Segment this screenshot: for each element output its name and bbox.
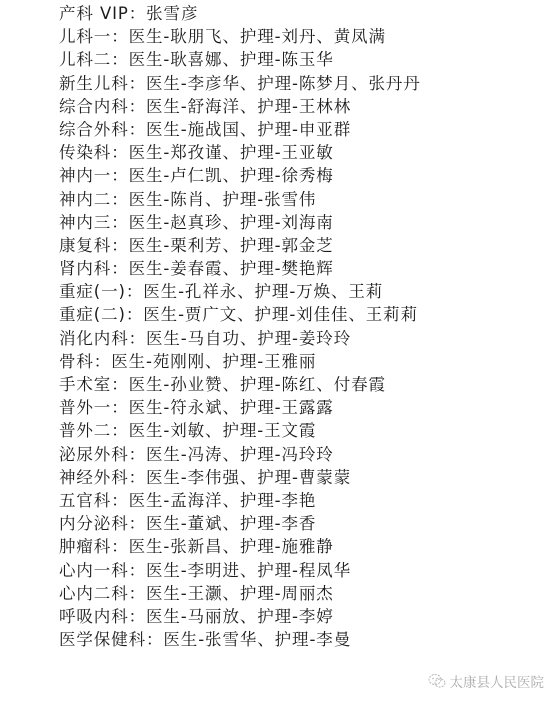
list-line: 神内二：医生-陈肖、护理-张雪伟 — [59, 188, 539, 211]
watermark: 太康县人民医院 — [428, 671, 545, 691]
list-line: 重症(二)：医生-贾广文、护理-刘佳佳、王莉莉 — [59, 303, 539, 326]
list-line: 神内一：医生-卢仁凯、护理-徐秀梅 — [59, 164, 539, 187]
list-line: 五官科：医生-孟海洋、护理-李艳 — [59, 489, 539, 512]
list-line: 神经外科：医生-李伟强、护理-曹蒙蒙 — [59, 466, 539, 489]
list-line: 综合内科：医生-舒海洋、护理-王林林 — [59, 95, 539, 118]
list-line: 内分泌科：医生-董斌、护理-李香 — [59, 512, 539, 535]
list-line: 手术室：医生-孙业赞、护理-陈红、付春霞 — [59, 373, 539, 396]
wechat-icon — [428, 673, 446, 689]
list-line: 康复科：医生-栗利芳、护理-郭金芝 — [59, 234, 539, 257]
list-line: 心内一科：医生-李明进、护理-程凤华 — [59, 559, 539, 582]
list-line: 泌尿外科：医生-冯涛、护理-冯玲玲 — [59, 443, 539, 466]
list-line: 儿科一：医生-耿朋飞、护理-刘丹、黄凤满 — [59, 25, 539, 48]
list-line: 产科 VIP：张雪彦 — [59, 2, 539, 25]
list-line: 骨科：医生-苑刚刚、护理-王雅丽 — [59, 350, 539, 373]
list-line: 新生儿科：医生-李彦华、护理-陈梦月、张丹丹 — [59, 72, 539, 95]
list-line: 消化内科：医生-马自功、护理-姜玲玲 — [59, 327, 539, 350]
list-line: 呼吸内科：医生-马丽放、护理-李婷 — [59, 605, 539, 628]
list-line: 心内二科：医生-王灏、护理-周丽杰 — [59, 582, 539, 605]
list-line: 重症(一)：医生-孔祥永、护理-万焕、王莉 — [59, 280, 539, 303]
list-line: 传染科：医生-郑孜谨、护理-王亚敏 — [59, 141, 539, 164]
list-line: 综合外科：医生-施战国、护理-申亚群 — [59, 118, 539, 141]
list-line: 肿瘤科：医生-张新昌、护理-施雅静 — [59, 535, 539, 558]
list-line: 普外一：医生-符永斌、护理-王露露 — [59, 396, 539, 419]
department-staff-list: 产科 VIP：张雪彦 儿科一：医生-耿朋飞、护理-刘丹、黄凤满 儿科二：医生-耿… — [59, 2, 539, 651]
list-line: 医学保健科：医生-张雪华、护理-李曼 — [59, 628, 539, 651]
list-line: 普外二：医生-刘敏、护理-王文霞 — [59, 419, 539, 442]
list-line: 儿科二：医生-耿喜娜、护理-陈玉华 — [59, 48, 539, 71]
list-line: 神内三：医生-赵真珍、护理-刘海南 — [59, 211, 539, 234]
watermark-text: 太康县人民医院 — [450, 671, 545, 691]
list-line: 肾内科：医生-姜春霞、护理-樊艳辉 — [59, 257, 539, 280]
